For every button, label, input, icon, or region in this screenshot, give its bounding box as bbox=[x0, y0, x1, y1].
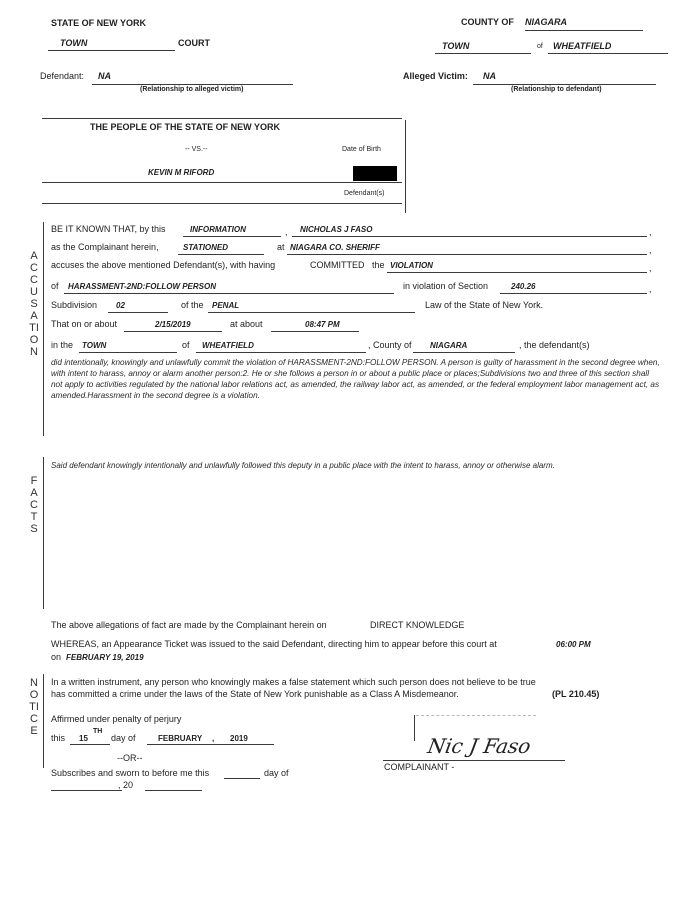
subdivision-value: 02 bbox=[116, 301, 125, 310]
complainant-label: COMPLAINANT - bbox=[384, 762, 454, 772]
notice-line1: In a written instrument, any person who … bbox=[51, 677, 536, 687]
notice-side-label: NOTICE bbox=[28, 677, 40, 737]
vs-label: -- VS.-- bbox=[185, 146, 208, 153]
people-caption: THE PEOPLE OF THE STATE OF NEW YORK bbox=[90, 122, 280, 132]
offense-name: HARASSMENT-2ND:FOLLOW PERSON bbox=[68, 282, 216, 291]
appear-on-label: on bbox=[51, 652, 61, 662]
municipality-name: WHEATFIELD bbox=[553, 41, 611, 51]
at-label: at bbox=[277, 242, 285, 252]
place-name: WHEATFIELD bbox=[202, 341, 254, 350]
defendants-suffix: , the defendant(s) bbox=[519, 340, 590, 350]
law-name: PENAL bbox=[212, 301, 239, 310]
complainant-signature: Nic J Faso bbox=[426, 734, 533, 758]
instrument-type: INFORMATION bbox=[190, 225, 246, 234]
county-value: NIAGARA bbox=[525, 17, 567, 27]
section-number: 240.26 bbox=[511, 282, 535, 291]
at-about-label: at about bbox=[230, 319, 263, 329]
allegation-basis: DIRECT KNOWLEDGE bbox=[370, 620, 464, 630]
affirm-month: FEBRUARY bbox=[158, 734, 202, 743]
line2-prefix: as the Complainant herein, bbox=[51, 242, 159, 252]
place-type: TOWN bbox=[82, 341, 106, 350]
law-suffix: Law of the State of New York. bbox=[425, 300, 543, 310]
court-type: TOWN bbox=[60, 38, 87, 48]
of-label: of bbox=[537, 43, 543, 50]
defendant-relationship: NA bbox=[98, 71, 111, 81]
offense-time: 08:47 PM bbox=[305, 320, 340, 329]
facts-side-label: FACTS bbox=[28, 475, 40, 535]
affirm-day-suffix: TH bbox=[93, 728, 102, 735]
offense-class: VIOLATION bbox=[390, 261, 433, 270]
of-label-2: of bbox=[51, 281, 59, 291]
defendant-label: Defendant: bbox=[40, 71, 84, 81]
offense-date: 2/15/2019 bbox=[155, 320, 191, 329]
place-of-label: of bbox=[182, 340, 190, 350]
defendants-label: Defendant(s) bbox=[344, 190, 384, 197]
municipality-type: TOWN bbox=[442, 41, 469, 51]
affirmed-text: Affirmed under penalty of perjury bbox=[51, 714, 181, 724]
offense-county: NIAGARA bbox=[430, 341, 467, 350]
line3-prefix: accuses the above mentioned Defendant(s)… bbox=[51, 260, 275, 270]
offense-description: did intentionally, knowingly and unlawfu… bbox=[51, 357, 661, 401]
committed-label: COMMITTED bbox=[310, 260, 365, 270]
sworn-prefix: Subscribes and sworn to before me this bbox=[51, 768, 209, 778]
facts-text: Said defendant knowingly intentionally a… bbox=[51, 461, 555, 470]
sworn-day-of: day of bbox=[264, 768, 289, 778]
redacted-dob bbox=[353, 166, 397, 181]
appear-date: FEBRUARY 19, 2019 bbox=[66, 653, 144, 662]
accusation-side-label: ACCUSATION bbox=[28, 250, 40, 358]
in-the-label: in the bbox=[51, 340, 73, 350]
appearance-ticket-text: WHEREAS, an Appearance Ticket was issued… bbox=[51, 639, 497, 649]
violation-section-label: in violation of Section bbox=[403, 281, 488, 291]
notice-statute: (PL 210.45) bbox=[552, 689, 599, 699]
on-about-label: That on or about bbox=[51, 319, 117, 329]
stationed-value: STATIONED bbox=[183, 243, 228, 252]
victim-relationship-caption: (Relationship to defendant) bbox=[511, 86, 602, 93]
defendant-relationship-caption: (Relationship to alleged victim) bbox=[140, 86, 243, 93]
of-the-label: of the bbox=[181, 300, 204, 310]
the-label: the bbox=[372, 260, 385, 270]
agency-value: NIAGARA CO. SHERIFF bbox=[290, 243, 380, 252]
day-of-label: day of bbox=[111, 733, 136, 743]
line1-prefix: BE IT KNOWN THAT, by this bbox=[51, 224, 166, 234]
notice-line2: has committed a crime under the laws of … bbox=[51, 689, 459, 699]
or-label: --OR-- bbox=[117, 753, 143, 763]
this-label: this bbox=[51, 733, 65, 743]
appear-time: 06:00 PM bbox=[556, 640, 591, 649]
allegation-basis-prefix: The above allegations of fact are made b… bbox=[51, 620, 327, 630]
state-label: STATE OF NEW YORK bbox=[51, 18, 146, 28]
subdivision-label: Subdivision bbox=[51, 300, 97, 310]
defendant-name: KEVIN M RIFORD bbox=[148, 168, 214, 177]
affirm-year: 2019 bbox=[230, 734, 248, 743]
sworn-year-prefix: , 20 bbox=[118, 780, 133, 790]
dob-label: Date of Birth bbox=[342, 146, 381, 153]
county-of-label: , County of bbox=[368, 340, 412, 350]
county-label: COUNTY OF bbox=[461, 17, 514, 27]
victim-relationship: NA bbox=[483, 71, 496, 81]
court-label: COURT bbox=[178, 38, 210, 48]
victim-label: Alleged Victim: bbox=[403, 71, 468, 81]
affirm-comma: , bbox=[212, 734, 214, 743]
affirm-day: 15 bbox=[79, 734, 88, 743]
complainant-name: NICHOLAS J FASO bbox=[300, 225, 372, 234]
